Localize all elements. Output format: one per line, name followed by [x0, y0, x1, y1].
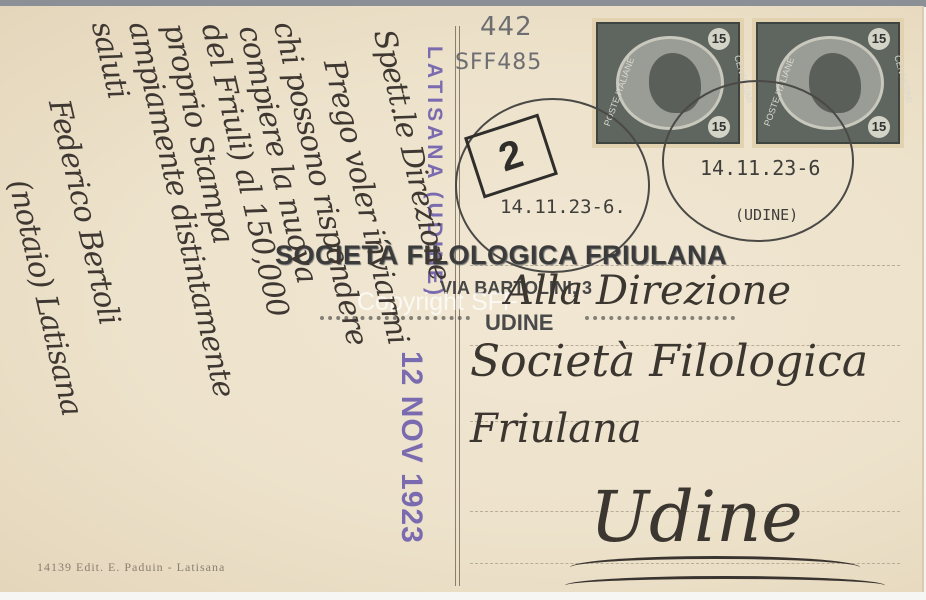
address-line-3: Friulana — [470, 406, 642, 452]
address-city: Udine — [590, 476, 803, 558]
archive-code: SFF485 — [455, 50, 542, 75]
scan-bottom-border — [0, 592, 926, 600]
address-line-2: Società Filologica — [470, 336, 868, 387]
latisana-date-stamp: 12 NOV 1923 — [394, 351, 428, 544]
postcard-back: 442 SFF485 15 15 POSTE ITALIANE CENTESIM… — [0, 6, 924, 592]
postmark-main-town: (UDINE) — [735, 206, 798, 224]
postmark-left-date: 14.11.23-6. — [500, 196, 626, 218]
publisher-imprint: 14139 Edit. E. Paduin - Latisana — [37, 560, 225, 575]
address-line-1: Alla Direzione — [505, 268, 791, 314]
archive-number: 442 — [480, 12, 533, 42]
postmark-main-date: 14.11.23-6 — [700, 156, 820, 180]
